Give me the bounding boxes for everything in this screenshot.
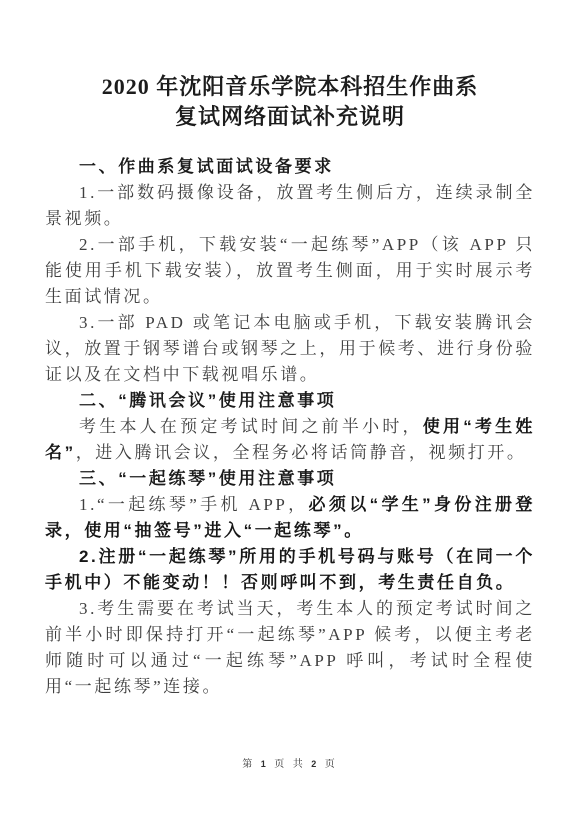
paragraph: 2.一部手机，下载安装“一起练琴”APP（该 APP 只能使用手机下载安装），放… [45, 232, 535, 310]
paragraph-text: 3.考生需要在考试当天，考生本人的预定考试时间之前半小时即保持打开“一起练琴”A… [45, 599, 535, 696]
footer-total-pages: 2 [311, 759, 319, 769]
paragraph: 1.一部数码摄像设备，放置考生侧后方，连续录制全景视频。 [45, 180, 535, 232]
paragraph: 3.考生需要在考试当天，考生本人的预定考试时间之前半小时即保持打开“一起练琴”A… [45, 596, 535, 700]
paragraph-text: 2.一部手机，下载安装“一起练琴”APP（该 APP 只能使用手机下载安装），放… [45, 235, 535, 306]
paragraph: 3.一部 PAD 或笔记本电脑或手机，下载安装腾讯会议，放置于钢琴谱台或钢琴之上… [45, 310, 535, 388]
footer-page-number: 1 [261, 759, 269, 769]
footer-suffix: 页 [325, 759, 338, 770]
paragraph-text: 考生本人在预定考试时间之前半小时， [79, 417, 423, 436]
document-body: 一、作曲系复试面试设备要求 1.一部数码摄像设备，放置考生侧后方，连续录制全景视… [45, 154, 535, 700]
section-heading-equipment: 一、作曲系复试面试设备要求 [45, 154, 535, 180]
document-title-line2: 复试网络面试补充说明 [175, 104, 405, 129]
page-footer: 第 1 页 共 2 页 [0, 756, 580, 773]
paragraph-text: 1.一部数码摄像设备，放置考生侧后方，连续录制全景视频。 [45, 183, 535, 228]
paragraph-text-emphasis: 2.注册“一起练琴”所用的手机号码与账号（在同一个手机中）不能变动！！否则呼叫不… [45, 547, 535, 592]
footer-middle: 页 共 [274, 759, 306, 770]
document-title-line1: 2020 年沈阳音乐学院本科招生作曲系 [102, 74, 479, 99]
paragraph-text: 1.“一起练琴”手机 APP， [79, 495, 309, 514]
paragraph-text: ，进入腾讯会议，全程务必将话筒静音，视频打开。 [76, 443, 527, 462]
paragraph: 1.“一起练琴”手机 APP，必须以“学生”身份注册登录，使用“抽签号”进入“一… [45, 492, 535, 544]
document-page: 2020 年沈阳音乐学院本科招生作曲系 复试网络面试补充说明 一、作曲系复试面试… [0, 0, 580, 820]
section-heading-yiqilianqin: 三、“一起练琴”使用注意事项 [45, 466, 535, 492]
paragraph: 考生本人在预定考试时间之前半小时，使用“考生姓名”，进入腾讯会议，全程务必将话筒… [45, 414, 535, 466]
paragraph: 2.注册“一起练琴”所用的手机号码与账号（在同一个手机中）不能变动！！否则呼叫不… [45, 544, 535, 596]
footer-prefix: 第 [242, 759, 255, 770]
document-content: 2020 年沈阳音乐学院本科招生作曲系 复试网络面试补充说明 一、作曲系复试面试… [0, 72, 580, 700]
document-title: 2020 年沈阳音乐学院本科招生作曲系 复试网络面试补充说明 [45, 72, 535, 132]
paragraph-text: 3.一部 PAD 或笔记本电脑或手机，下载安装腾讯会议，放置于钢琴谱台或钢琴之上… [45, 313, 535, 384]
section-heading-tencent-meeting: 二、“腾讯会议”使用注意事项 [45, 388, 535, 414]
